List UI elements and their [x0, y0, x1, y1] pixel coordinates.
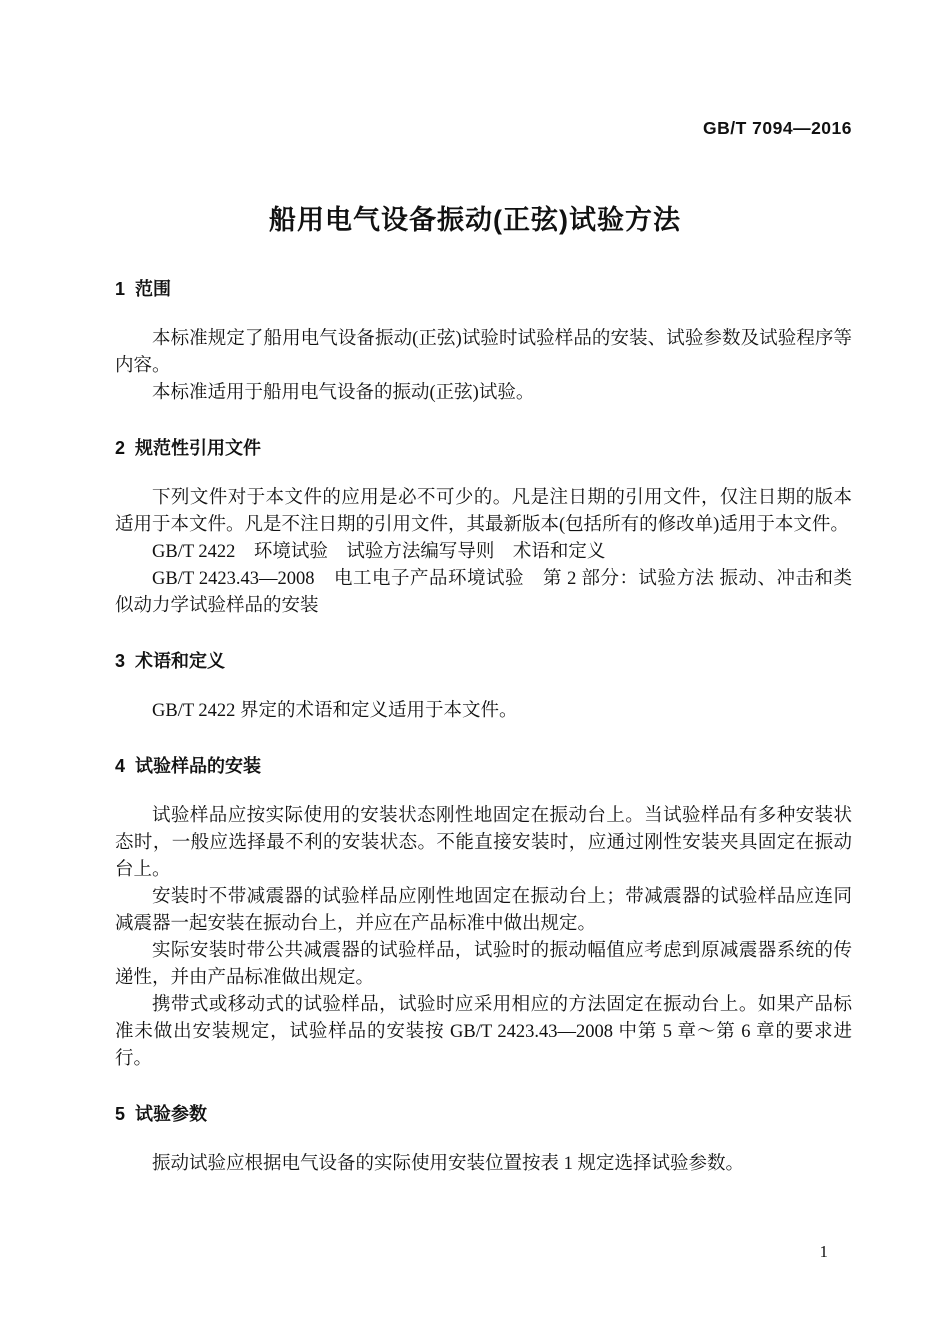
page-title: 船用电气设备振动(正弦)试验方法	[0, 198, 950, 237]
section-heading: 4试验样品的安装	[115, 755, 852, 777]
section-heading: 5试验参数	[115, 1103, 852, 1125]
section-scope: 1范围 本标准规定了船用电气设备振动(正弦)试验时试验样品的安装、试验参数及试验…	[115, 278, 852, 407]
paragraph: 实际安装时带公共减震器的试验样品，试验时的振动幅值应考虑到原减震器系统的传递性，…	[115, 938, 852, 992]
page-number: 1	[820, 1242, 829, 1262]
paragraph: 本标准规定了船用电气设备振动(正弦)试验时试验样品的安装、试验参数及试验程序等内…	[115, 326, 852, 380]
section-number: 4	[115, 755, 135, 777]
section-heading-label: 试验样品的安装	[135, 756, 261, 776]
section-sample-mounting: 4试验样品的安装 试验样品应按实际使用的安装状态刚性地固定在振动台上。当试验样品…	[115, 755, 852, 1073]
section-paragraphs: 本标准规定了船用电气设备振动(正弦)试验时试验样品的安装、试验参数及试验程序等内…	[115, 326, 852, 407]
section-paragraphs: 下列文件对于本文件的应用是必不可少的。凡是注日期的引用文件，仅注日期的版本适用于…	[115, 485, 852, 620]
section-number: 1	[115, 278, 135, 300]
section-number: 5	[115, 1103, 135, 1125]
section-test-parameters: 5试验参数 振动试验应根据电气设备的实际使用安装位置按表 1 规定选择试验参数。	[115, 1103, 852, 1178]
document-body: 1范围 本标准规定了船用电气设备振动(正弦)试验时试验样品的安装、试验参数及试验…	[115, 278, 852, 1178]
section-paragraphs: GB/T 2422 界定的术语和定义适用于本文件。	[115, 698, 852, 725]
section-terms-definitions: 3术语和定义 GB/T 2422 界定的术语和定义适用于本文件。	[115, 650, 852, 725]
section-heading-label: 规范性引用文件	[135, 438, 261, 458]
section-paragraphs: 试验样品应按实际使用的安装状态刚性地固定在振动台上。当试验样品有多种安装状态时，…	[115, 803, 852, 1073]
paragraph: 本标准适用于船用电气设备的振动(正弦)试验。	[115, 380, 852, 407]
paragraph: 试验样品应按实际使用的安装状态刚性地固定在振动台上。当试验样品有多种安装状态时，…	[115, 803, 852, 884]
section-heading-label: 术语和定义	[135, 651, 225, 671]
document-page: GB/T 7094—2016 船用电气设备振动(正弦)试验方法 1范围 本标准规…	[0, 0, 950, 1344]
paragraph: 携带式或移动式的试验样品，试验时应采用相应的方法固定在振动台上。如果产品标准未做…	[115, 992, 852, 1073]
section-heading: 2规范性引用文件	[115, 437, 852, 459]
section-number: 3	[115, 650, 135, 672]
doc-number: GB/T 7094—2016	[703, 118, 852, 139]
section-number: 2	[115, 437, 135, 459]
section-paragraphs: 振动试验应根据电气设备的实际使用安装位置按表 1 规定选择试验参数。	[115, 1151, 852, 1178]
section-heading: 3术语和定义	[115, 650, 852, 672]
paragraph: GB/T 2422 界定的术语和定义适用于本文件。	[115, 698, 852, 725]
paragraph: 振动试验应根据电气设备的实际使用安装位置按表 1 规定选择试验参数。	[115, 1151, 852, 1178]
section-normative-references: 2规范性引用文件 下列文件对于本文件的应用是必不可少的。凡是注日期的引用文件，仅…	[115, 437, 852, 620]
section-heading: 1范围	[115, 278, 852, 300]
section-heading-label: 范围	[135, 279, 171, 299]
reference-item: GB/T 2423.43—2008 电工电子产品环境试验 第 2 部分：试验方法…	[115, 566, 852, 620]
reference-item: GB/T 2422 环境试验 试验方法编写导则 术语和定义	[115, 539, 852, 566]
section-heading-label: 试验参数	[135, 1104, 207, 1124]
paragraph: 下列文件对于本文件的应用是必不可少的。凡是注日期的引用文件，仅注日期的版本适用于…	[115, 485, 852, 539]
paragraph: 安装时不带减震器的试验样品应刚性地固定在振动台上；带减震器的试验样品应连同减震器…	[115, 884, 852, 938]
